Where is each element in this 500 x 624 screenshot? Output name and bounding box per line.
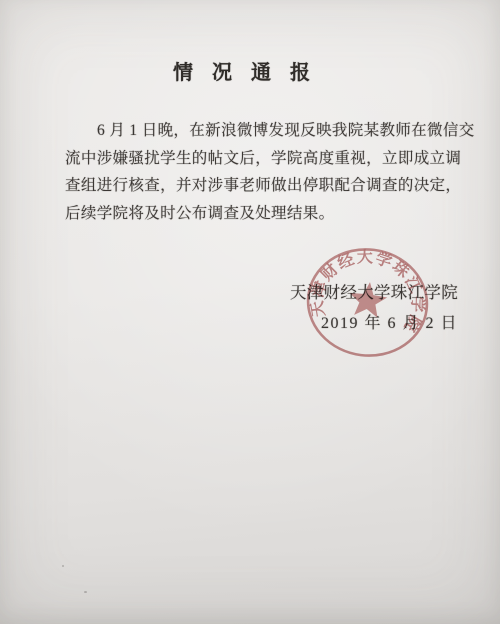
seal-star-icon (347, 280, 389, 319)
body-line: 流中涉嫌骚扰学生的帖文后，学院高度重视，立即成立调 (65, 145, 457, 173)
dust-speck (84, 591, 87, 593)
official-seal-stamp-icon: 天津财经大学珠江学院 (286, 221, 449, 384)
notice-body: 6 月 1 日晚，在新浪微博发现反映我院某教师在微信交 流中涉嫌骚扰学生的帖文后… (65, 117, 457, 227)
dust-speck (62, 565, 64, 567)
page-title: 情 况 通 报 (0, 56, 490, 85)
document-photo: 情 况 通 报 6 月 1 日晚，在新浪微博发现反映我院某教师在微信交 流中涉嫌… (0, 0, 500, 624)
body-line: 6 月 1 日晚，在新浪微博发现反映我院某教师在微信交 (65, 117, 457, 145)
body-line: 查组进行核查，并对涉事老师做出停职配合调查的决定， (65, 172, 457, 200)
